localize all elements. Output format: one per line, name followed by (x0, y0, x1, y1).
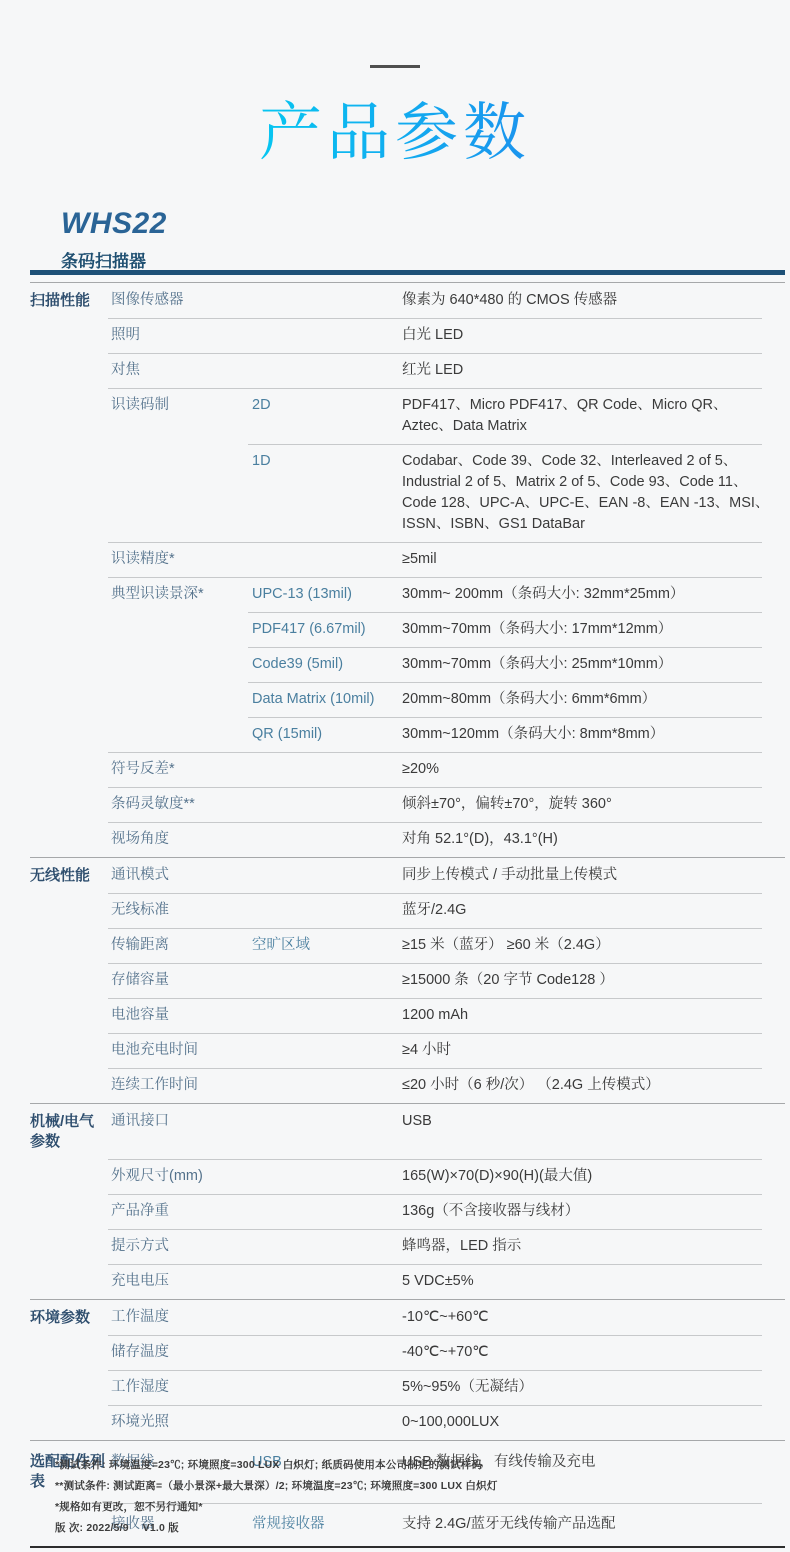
spec-value-cell: ≤20 小时（6 秒/次） （2.4G 上传模式） (398, 1068, 785, 1103)
spec-category-cell (30, 787, 108, 802)
footnotes: *测试条件: 环境温度=23℃; 环境照度=300 LUX 白炽灯; 纸质码使用… (55, 1455, 760, 1539)
spec-row: 典型识读景深*UPC-13 (13mil)30mm~ 200mm（条码大小: 3… (30, 577, 785, 612)
spec-label-cell: 储存温度 (108, 1335, 248, 1370)
spec-label-cell (108, 717, 248, 731)
spec-section: 机械/电气参数通讯接口USB外观尺寸(mm)165(W)×70(D)×90(H)… (30, 1103, 785, 1299)
spec-label-cell: 充电电压 (108, 1264, 248, 1299)
spec-row: 识读码制2DPDF417、Micro PDF417、QR Code、Micro … (30, 388, 785, 444)
spec-row: 识读精度*≥5mil (30, 542, 785, 577)
spec-label-cell: 外观尺寸(mm) (108, 1159, 248, 1194)
spec-value-cell: 同步上传模式 / 手动批量上传模式 (398, 858, 785, 893)
spec-row: 对焦红光 LED (30, 353, 785, 388)
spec-row: 1DCodabar、Code 39、Code 32、Interleaved 2 … (30, 444, 785, 542)
spec-row: Code39 (5mil)30mm~70mm（条码大小: 25mm*10mm） (30, 647, 785, 682)
spec-sub-cell (248, 318, 398, 332)
spec-label-cell: 条码灵敏度** (108, 787, 248, 822)
spec-category-cell (30, 444, 108, 459)
spec-category-cell (30, 612, 108, 627)
spec-row: 条码灵敏度**倾斜±70°，偏转±70°，旋转 360° (30, 787, 785, 822)
spec-category-cell (30, 682, 108, 697)
spec-sub-cell (248, 1159, 398, 1173)
spec-label-cell: 照明 (108, 318, 248, 353)
spec-section: 无线性能通讯模式同步上传模式 / 手动批量上传模式无线标准蓝牙/2.4G传输距离… (30, 857, 785, 1103)
spec-sub-cell (248, 1229, 398, 1243)
footnote-version: 版 次: 2022/5/9 V1.0 版 (55, 1518, 760, 1539)
spec-category-cell (30, 1405, 108, 1420)
spec-category-cell (30, 1033, 108, 1048)
spec-value-cell: 136g（不含接收器与线材） (398, 1194, 785, 1229)
spec-label-cell (108, 647, 248, 661)
spec-sub-cell (248, 1068, 398, 1082)
spec-category-cell (30, 1264, 108, 1279)
spec-category-cell (30, 963, 108, 978)
spec-label-cell: 识读码制 (108, 388, 248, 423)
spec-sub-cell: UPC-13 (13mil) (248, 577, 398, 612)
spec-value-cell: 蓝牙/2.4G (398, 893, 785, 928)
spec-row: 外观尺寸(mm)165(W)×70(D)×90(H)(最大值) (30, 1159, 785, 1194)
spec-value-cell: 白光 LED (398, 318, 785, 353)
spec-category-cell (30, 822, 108, 837)
spec-value-cell: 1200 mAh (398, 998, 785, 1033)
spec-row: 连续工作时间≤20 小时（6 秒/次） （2.4G 上传模式） (30, 1068, 785, 1103)
spec-value-cell: 蜂鸣器，LED 指示 (398, 1229, 785, 1264)
spec-sub-cell (248, 1104, 398, 1118)
spec-row: 无线性能通讯模式同步上传模式 / 手动批量上传模式 (30, 858, 785, 893)
spec-category-cell (30, 353, 108, 368)
spec-sub-cell (248, 787, 398, 801)
spec-category-cell (30, 717, 108, 732)
spec-label-cell (108, 612, 248, 626)
spec-sub-cell (248, 1335, 398, 1349)
spec-sub-cell (248, 963, 398, 977)
spec-value-cell: 20mm~80mm（条码大小: 6mm*6mm） (398, 682, 785, 717)
page-title: 产品参数 (0, 82, 790, 173)
spec-category-cell (30, 318, 108, 333)
spec-category-cell (30, 1159, 108, 1174)
spec-category-cell (30, 1068, 108, 1083)
spec-row: 视场角度对角 52.1°(D)，43.1°(H) (30, 822, 785, 857)
product-type-heading: 条码扫描器 (61, 247, 146, 272)
spec-label-cell: 存储容量 (108, 963, 248, 998)
spec-label-cell: 工作温度 (108, 1300, 248, 1335)
spec-category-cell: 机械/电气参数 (30, 1104, 108, 1159)
spec-value-cell: 对角 52.1°(D)，43.1°(H) (398, 822, 785, 857)
spec-sub-cell (248, 858, 398, 872)
spec-value-cell: Codabar、Code 39、Code 32、Interleaved 2 of… (398, 444, 785, 542)
spec-row: 环境光照0~100,000LUX (30, 1405, 785, 1440)
spec-row: QR (15mil)30mm~120mm（条码大小: 8mm*8mm） (30, 717, 785, 752)
spec-sub-cell (248, 893, 398, 907)
spec-sub-cell (248, 1405, 398, 1419)
spec-label-cell: 识读精度* (108, 542, 248, 577)
spec-row: 存储容量≥15000 条（20 字节 Code128 ） (30, 963, 785, 998)
spec-value-cell: -40℃~+70℃ (398, 1335, 785, 1370)
spec-label-cell: 无线标准 (108, 893, 248, 928)
spec-row: 符号反差*≥20% (30, 752, 785, 787)
spec-label-cell: 视场角度 (108, 822, 248, 857)
spec-category-cell (30, 752, 108, 767)
spec-label-cell: 连续工作时间 (108, 1068, 248, 1103)
spec-value-cell: 倾斜±70°，偏转±70°，旋转 360° (398, 787, 785, 822)
spec-sub-cell: Data Matrix (10mil) (248, 682, 398, 717)
spec-sub-cell (248, 1300, 398, 1314)
spec-category-cell (30, 1335, 108, 1350)
spec-value-cell: 30mm~70mm（条码大小: 17mm*12mm） (398, 612, 785, 647)
spec-row: Data Matrix (10mil)20mm~80mm（条码大小: 6mm*6… (30, 682, 785, 717)
spec-value-cell: 30mm~ 200mm（条码大小: 32mm*25mm） (398, 577, 785, 612)
spec-value-cell: ≥20% (398, 752, 785, 787)
spec-row: 无线标准蓝牙/2.4G (30, 893, 785, 928)
spec-section: 环境参数工作温度-10℃~+60℃储存温度-40℃~+70℃工作湿度5%~95%… (30, 1299, 785, 1440)
spec-sub-cell (248, 1194, 398, 1208)
spec-category-cell: 无线性能 (30, 858, 108, 893)
brand-model: WHS22 (61, 207, 167, 241)
spec-row: 扫描性能图像传感器像素为 640*480 的 CMOS 传感器 (30, 283, 785, 318)
spec-value-cell: 30mm~120mm（条码大小: 8mm*8mm） (398, 717, 785, 752)
spec-label-cell: 对焦 (108, 353, 248, 388)
spec-sub-cell (248, 822, 398, 836)
spec-label-cell: 提示方式 (108, 1229, 248, 1264)
spec-value-cell: 30mm~70mm（条码大小: 25mm*10mm） (398, 647, 785, 682)
spec-category-cell: 环境参数 (30, 1300, 108, 1335)
spec-row: 传输距离空旷区域≥15 米（蓝牙） ≥60 米（2.4G） (30, 928, 785, 963)
spec-sub-cell (248, 1264, 398, 1278)
spec-value-cell: ≥15000 条（20 字节 Code128 ） (398, 963, 785, 998)
spec-value-cell: 红光 LED (398, 353, 785, 388)
spec-sub-cell: PDF417 (6.67mil) (248, 612, 398, 647)
spec-sub-cell (248, 998, 398, 1012)
spec-sub-cell (248, 1370, 398, 1384)
spec-row: 工作湿度5%~95%（无凝结） (30, 1370, 785, 1405)
spec-value-cell: 165(W)×70(D)×90(H)(最大值) (398, 1159, 785, 1194)
spec-row: 机械/电气参数通讯接口USB (30, 1104, 785, 1159)
spec-label-cell (108, 682, 248, 696)
spec-label-cell: 电池容量 (108, 998, 248, 1033)
spec-label-cell: 图像传感器 (108, 283, 248, 318)
spec-row: 照明白光 LED (30, 318, 785, 353)
spec-label-cell (108, 444, 248, 458)
spec-category-cell (30, 388, 108, 403)
spec-row: 电池充电时间≥4 小时 (30, 1033, 785, 1068)
spec-category-cell (30, 998, 108, 1013)
decorative-dash (370, 65, 420, 68)
spec-value-cell: ≥5mil (398, 542, 785, 577)
spec-value-cell: ≥4 小时 (398, 1033, 785, 1068)
spec-label-cell: 符号反差* (108, 752, 248, 787)
spec-label-cell: 通讯接口 (108, 1104, 248, 1139)
spec-label-cell: 电池充电时间 (108, 1033, 248, 1068)
spec-section: 扫描性能图像传感器像素为 640*480 的 CMOS 传感器照明白光 LED对… (30, 282, 785, 857)
footnote-test-condition-2: **测试条件: 测试距离=（最小景深+最大景深）/2; 环境温度=23℃; 环境… (55, 1476, 760, 1497)
spec-row: 环境参数工作温度-10℃~+60℃ (30, 1300, 785, 1335)
spec-category-cell (30, 1370, 108, 1385)
spec-value-cell: 像素为 640*480 的 CMOS 传感器 (398, 283, 785, 318)
spec-row: 提示方式蜂鸣器，LED 指示 (30, 1229, 785, 1264)
spec-sub-cell: QR (15mil) (248, 717, 398, 752)
spec-value-cell: ≥15 米（蓝牙） ≥60 米（2.4G） (398, 928, 785, 963)
spec-category-cell (30, 647, 108, 662)
spec-category-cell: 扫描性能 (30, 283, 108, 318)
spec-category-cell (30, 893, 108, 908)
section-accent-bar (30, 270, 785, 275)
spec-sub-cell: 2D (248, 388, 398, 423)
spec-category-cell (30, 1194, 108, 1209)
spec-row: PDF417 (6.67mil)30mm~70mm（条码大小: 17mm*12m… (30, 612, 785, 647)
spec-row: 电池容量1200 mAh (30, 998, 785, 1033)
spec-row: 产品净重136g（不含接收器与线材） (30, 1194, 785, 1229)
spec-label-cell: 产品净重 (108, 1194, 248, 1229)
spec-category-cell (30, 577, 108, 592)
spec-category-cell (30, 928, 108, 943)
spec-sub-cell (248, 542, 398, 556)
spec-row: 充电电压5 VDC±5% (30, 1264, 785, 1299)
spec-value-cell: PDF417、Micro PDF417、QR Code、Micro QR、Azt… (398, 388, 785, 444)
footnote-disclaimer: *规格如有更改，恕不另行通知* (55, 1497, 760, 1518)
spec-table: 扫描性能图像传感器像素为 640*480 的 CMOS 传感器照明白光 LED对… (30, 282, 785, 1548)
spec-sub-cell: 空旷区域 (248, 928, 398, 963)
spec-label-cell: 工作湿度 (108, 1370, 248, 1405)
spec-category-cell (30, 1229, 108, 1244)
spec-value-cell: 5 VDC±5% (398, 1264, 785, 1299)
spec-sub-cell (248, 283, 398, 297)
spec-value-cell: 5%~95%（无凝结） (398, 1370, 785, 1405)
footnote-test-condition-1: *测试条件: 环境温度=23℃; 环境照度=300 LUX 白炽灯; 纸质码使用… (55, 1455, 760, 1476)
spec-sub-cell (248, 353, 398, 367)
spec-value-cell: -10℃~+60℃ (398, 1300, 785, 1335)
spec-label-cell: 典型识读景深* (108, 577, 248, 612)
spec-label-cell: 传输距离 (108, 928, 248, 963)
spec-label-cell: 通讯模式 (108, 858, 248, 893)
spec-sub-cell (248, 752, 398, 766)
spec-sub-cell: Code39 (5mil) (248, 647, 398, 682)
spec-value-cell: 0~100,000LUX (398, 1405, 785, 1440)
spec-value-cell: USB (398, 1104, 785, 1139)
spec-row: 储存温度-40℃~+70℃ (30, 1335, 785, 1370)
spec-label-cell: 环境光照 (108, 1405, 248, 1440)
spec-sub-cell: 1D (248, 444, 398, 479)
spec-sub-cell (248, 1033, 398, 1047)
spec-category-cell (30, 542, 108, 557)
